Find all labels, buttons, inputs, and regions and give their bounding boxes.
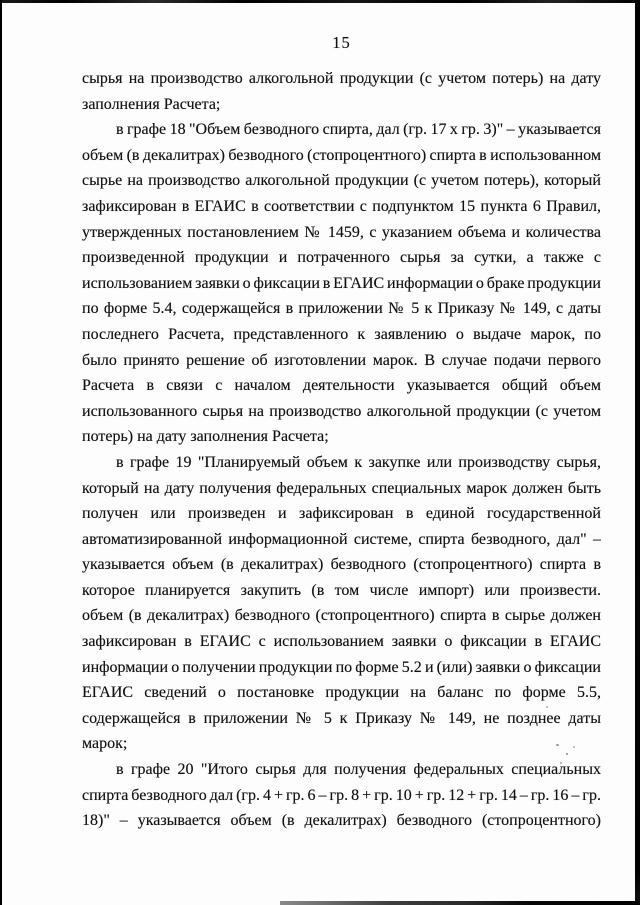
text-line: 18)" – указывается объем (в декалитрах) … bbox=[82, 808, 601, 834]
scan-border-right bbox=[635, 0, 640, 905]
text-line: который на дату получения федеральных сп… bbox=[82, 476, 601, 502]
text-line: утвержденных постановлением № 1459, с ук… bbox=[82, 220, 601, 246]
scan-artifact-bottom-strip bbox=[280, 901, 640, 905]
text-line: объем (в декалитрах) безводного (стопроц… bbox=[82, 603, 601, 629]
paragraph: в графе 18 "Объем безводного спирта, дал… bbox=[82, 117, 601, 450]
text-line: по форме 5.4, содержащейся в приложении … bbox=[82, 296, 601, 322]
text-line: содержащейся в приложении № 5 к Приказу … bbox=[82, 706, 601, 732]
text-line: сырья на производство алкогольной продук… bbox=[82, 66, 601, 92]
text-line: в графе 18 "Объем безводного спирта, дал… bbox=[82, 117, 601, 143]
text-line: заполнения Расчета; bbox=[82, 92, 601, 118]
text-line: автоматизированной информационной систем… bbox=[82, 527, 601, 553]
text-line: использованного сырья на производство ал… bbox=[82, 399, 601, 425]
text-line: произведенной продукции и потраченного с… bbox=[82, 245, 601, 271]
text-line: использованием заявки о фиксации в ЕГАИС… bbox=[82, 271, 601, 297]
text-line: последнего Расчета, представленного к за… bbox=[82, 322, 601, 348]
text-line: информации о получении продукции по форм… bbox=[82, 655, 601, 681]
text-line: ЕГАИС сведений о постановке продукции на… bbox=[82, 680, 601, 706]
paragraph: в графе 19 "Планируемый объем к закупке … bbox=[82, 450, 601, 757]
text-line: зафиксирован в ЕГАИС с использованием за… bbox=[82, 629, 601, 655]
text-line: которое планируется закупить (в том числ… bbox=[82, 578, 601, 604]
text-line: в графе 20 "Итого сырья для получения фе… bbox=[82, 757, 601, 783]
document-body: сырья на производство алкогольной продук… bbox=[82, 66, 601, 834]
text-line: спирта безводного дал (гр. 4 + гр. 6 – г… bbox=[82, 783, 601, 809]
text-line: указывается объем (в декалитрах) безводн… bbox=[82, 552, 601, 578]
text-line: зафиксирован в ЕГАИС в соответствии с по… bbox=[82, 194, 601, 220]
paragraph: в графе 20 "Итого сырья для получения фе… bbox=[82, 757, 601, 834]
paragraph: сырья на производство алкогольной продук… bbox=[82, 66, 601, 117]
text-line: было принято решение об изготовлении мар… bbox=[82, 348, 601, 374]
text-line: Расчета в связи с началом деятельности у… bbox=[82, 373, 601, 399]
text-line: марок; bbox=[82, 731, 601, 757]
page-number: 15 bbox=[82, 33, 601, 53]
scanned-document-page: 15 сырья на производство алкогольной про… bbox=[0, 0, 640, 905]
text-line: в графе 19 "Планируемый объем к закупке … bbox=[82, 450, 601, 476]
text-line: объем (в декалитрах) безводного (стопроц… bbox=[82, 143, 601, 169]
text-line: сырье на производство алкогольной продук… bbox=[82, 168, 601, 194]
text-line: потерь) на дату заполнения Расчета; bbox=[82, 424, 601, 450]
scan-border-top bbox=[0, 0, 640, 3]
scan-border-left bbox=[0, 0, 2, 905]
text-line: получен или произведен и зафиксирован в … bbox=[82, 501, 601, 527]
